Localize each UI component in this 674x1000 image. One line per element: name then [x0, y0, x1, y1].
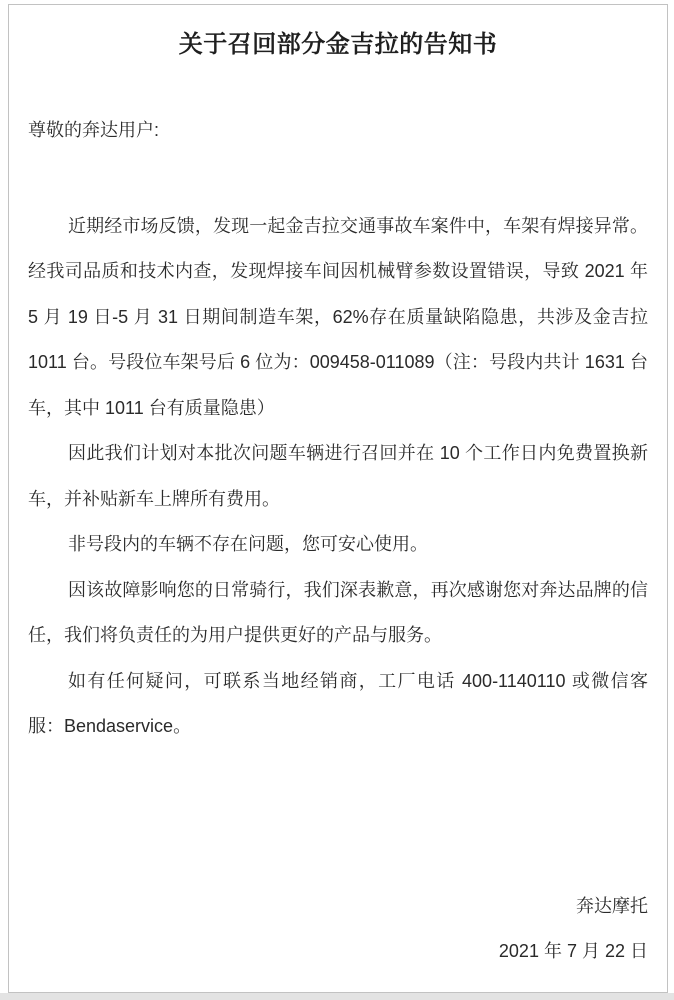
page-bottom-edge — [0, 993, 674, 1000]
body-paragraph-apology: 因该故障影响您的日常骑行，我们深表歉意，再次感谢您对奔达品牌的信任，我们将负责任… — [28, 568, 648, 659]
signature-company: 奔达摩托 — [28, 884, 648, 930]
body-paragraph-recall-cause: 近期经市场反馈，发现一起金吉拉交通事故车案件中，车架有焊接异常。经我司品质和技术… — [28, 204, 648, 432]
notice-sheet: 关于召回部分金吉拉的告知书 尊敬的奔达用户: 近期经市场反馈，发现一起金吉拉交通… — [8, 4, 668, 993]
document-title: 关于召回部分金吉拉的告知书 — [28, 29, 648, 61]
signature-date: 2021 年 7 月 22 日 — [28, 929, 648, 975]
body-paragraph-contact: 如有任何疑问，可联系当地经销商，工厂电话 400-1140110 或微信客服：B… — [28, 659, 648, 750]
salutation: 尊敬的奔达用户: — [28, 108, 648, 154]
signature-block: 奔达摩托 2021 年 7 月 22 日 — [28, 884, 648, 975]
body-paragraph-safe-range: 非号段内的车辆不存在问题，您可安心使用。 — [28, 522, 648, 568]
document-body: 近期经市场反馈，发现一起金吉拉交通事故车案件中，车架有焊接异常。经我司品质和技术… — [28, 204, 648, 750]
document-page: 关于召回部分金吉拉的告知书 尊敬的奔达用户: 近期经市场反馈，发现一起金吉拉交通… — [0, 0, 674, 1000]
body-paragraph-recall-plan: 因此我们计划对本批次问题车辆进行召回并在 10 个工作日内免费置换新车，并补贴新… — [28, 431, 648, 522]
